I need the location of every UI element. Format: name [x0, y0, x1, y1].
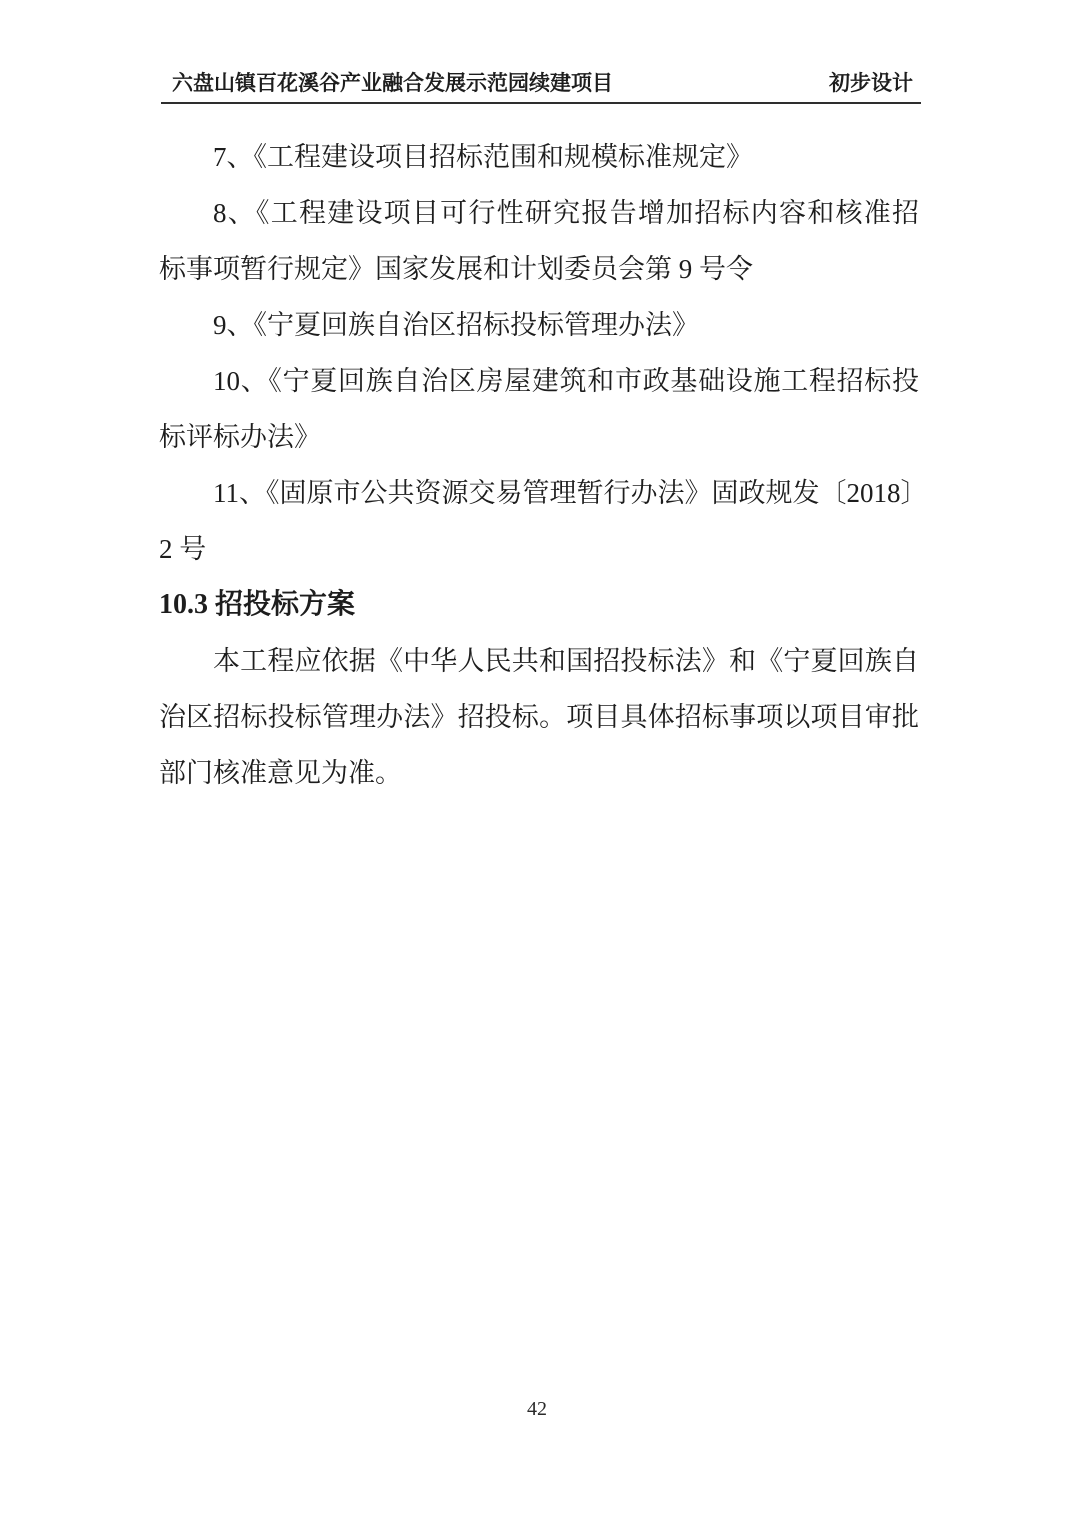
- text-line: 8、《工程建设项目可行性研究报告增加招标内容和核准招: [159, 185, 919, 241]
- document-body: 7、《工程建设项目招标范围和规模标准规定》8、《工程建设项目可行性研究报告增加招…: [159, 129, 919, 801]
- text-line: 10、《宁夏回族自治区房屋建筑和市政基础设施工程招标投: [159, 353, 919, 409]
- text-line: 标事项暂行规定》国家发展和计划委员会第 9 号令: [159, 241, 919, 297]
- text-line: 9、《宁夏回族自治区招标投标管理办法》: [159, 297, 919, 353]
- paragraph: 7、《工程建设项目招标范围和规模标准规定》: [159, 129, 919, 185]
- text-line: 10.3 招投标方案: [159, 577, 919, 633]
- text-line: 11、《固原市公共资源交易管理暂行办法》固政规发〔2018〕: [159, 465, 919, 521]
- text-line: 2 号: [159, 521, 919, 577]
- paragraph: 9、《宁夏回族自治区招标投标管理办法》: [159, 297, 919, 353]
- page-header: 六盘山镇百花溪谷产业融合发展示范园续建项目 初步设计: [161, 68, 921, 104]
- text-line: 7、《工程建设项目招标范围和规模标准规定》: [159, 129, 919, 185]
- header-stage-label: 初步设计: [829, 67, 913, 97]
- document-page: 六盘山镇百花溪谷产业融合发展示范园续建项目 初步设计 7、《工程建设项目招标范围…: [0, 0, 1074, 1520]
- text-line: 标评标办法》: [159, 409, 919, 465]
- header-project-title: 六盘山镇百花溪谷产业融合发展示范园续建项目: [172, 67, 613, 97]
- paragraph: 本工程应依据《中华人民共和国招投标法》和《宁夏回族自治区招标投标管理办法》招投标…: [159, 633, 919, 801]
- paragraph: 11、《固原市公共资源交易管理暂行办法》固政规发〔2018〕2 号: [159, 465, 919, 577]
- page-footer: 42: [0, 1398, 1074, 1421]
- text-line: 治区招标投标管理办法》招投标。项目具体招标事项以项目审批: [159, 689, 919, 745]
- text-line: 本工程应依据《中华人民共和国招投标法》和《宁夏回族自: [159, 633, 919, 689]
- section-heading: 10.3 招投标方案: [159, 577, 919, 633]
- text-line: 部门核准意见为准。: [159, 745, 919, 801]
- paragraph: 8、《工程建设项目可行性研究报告增加招标内容和核准招标事项暂行规定》国家发展和计…: [159, 185, 919, 297]
- page-number: 42: [527, 1398, 547, 1420]
- paragraph: 10、《宁夏回族自治区房屋建筑和市政基础设施工程招标投标评标办法》: [159, 353, 919, 465]
